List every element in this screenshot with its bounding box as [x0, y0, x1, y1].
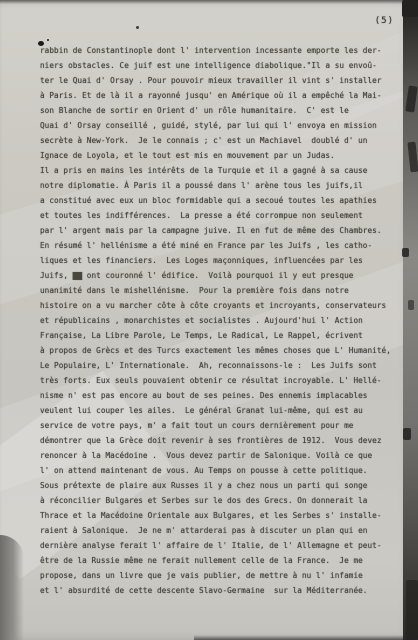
typewritten-text: rabbin de Constantinople dont l' interve…	[40, 43, 402, 598]
ink-speck	[38, 41, 44, 46]
text-line: être de la Russie même ne ferait nulleme…	[40, 553, 402, 568]
document-page: (5) rabbin de Constantinople dont l' int…	[0, 0, 418, 640]
text-line: Le Populaire, L' Internationale. Ah, rec…	[40, 358, 402, 373]
text-line: Quai d' Orsay conseillé , guidé, stylé, …	[40, 118, 402, 133]
text-line: par l' argent mais par la campagne juive…	[40, 223, 402, 238]
text-line: démontrer que la Grèce doit revenir à se…	[40, 433, 402, 448]
text-line: Française, La Libre Parole, Le Temps, Le…	[40, 328, 402, 343]
text-line: Thrace et la Macédoine Orientale aux Bul…	[40, 508, 402, 523]
text-line: renoncer à la Macédoine . Vous devez par…	[40, 448, 402, 463]
text-line: et toutes les indifférences. La presse a…	[40, 208, 402, 223]
text-line: histoire on a vu marcher côte à côte cro…	[40, 298, 402, 313]
text-line: Ignace de Loyola, et le tout est mis en …	[40, 148, 402, 163]
scan-edge-blotch	[402, 248, 409, 257]
ink-speck	[136, 26, 139, 29]
scan-edge-blotch	[403, 428, 411, 440]
text-line: l' on attend maintenant de vous. Au Temp…	[40, 463, 402, 478]
scan-edge-shadow-top	[0, 0, 404, 4]
text-line: dernière analyse ferait l' affaire de l'…	[40, 538, 402, 553]
text-line: veulent lui couper les ailes. Le général…	[40, 403, 402, 418]
scan-edge-blotch	[402, 0, 418, 17]
text-line: service de votre pays, m' a fait tout un…	[40, 418, 402, 433]
text-line: son Blanche de sortir en Orient d' un rô…	[40, 103, 402, 118]
text-line: à réconcilier Bulgares et Serbes sur le …	[40, 493, 402, 508]
scanned-document: (5) rabbin de Constantinople dont l' int…	[0, 0, 418, 640]
text-line: nisme n' est pas encore au bout de ses p…	[40, 388, 402, 403]
scan-edge-shadow-left	[0, 535, 24, 640]
text-line: niers obstacles. Ce juif est une intelli…	[40, 58, 402, 73]
text-line: très forts. Eux seuls pouvaient obtenir …	[40, 373, 402, 388]
text-line: Il a pris en mains les intérêts de la Tu…	[40, 163, 402, 178]
scan-edge-blotch	[408, 300, 414, 310]
text-line: unanimité dans le mishellénisme. Pour la…	[40, 283, 402, 298]
text-line: secrète à New-York. Je le connais ; c' e…	[40, 133, 402, 148]
text-line: à propos de Grècs et des Turcs exactemen…	[40, 343, 402, 358]
text-line: En résumé l' hellénisme a été miné en Fr…	[40, 238, 402, 253]
scan-edge-shadow-bottom	[194, 635, 404, 640]
text-line: et républicains , monarchistes et social…	[40, 313, 402, 328]
text-line: Juifs, ▇▇ ont couronné l' édifice. Voilà…	[40, 268, 402, 283]
text-line: a constitué avec eux un bloc formidable …	[40, 193, 402, 208]
scan-edge-blotch	[406, 580, 418, 640]
text-line: Sous prétexte de plaire aux Russes il y …	[40, 478, 402, 493]
text-line: et l' absurdité de cette descente Slavo-…	[40, 583, 402, 598]
page-number: (5)	[375, 16, 394, 26]
text-line: notre diplomatie. À Paris il a poussé da…	[40, 178, 402, 193]
text-line: ter le Quai d' Orsay . Pour pouvoir mieu…	[40, 73, 402, 88]
text-line: à Paris. Et de là il a rayonné jusqu' en…	[40, 88, 402, 103]
text-line: raient à Salonique. Je ne m' attarderai …	[40, 523, 402, 538]
text-line: liques et les financiers. Les Loges maço…	[40, 253, 402, 268]
ink-speck	[47, 39, 49, 41]
text-line: rabbin de Constantinople dont l' interve…	[40, 43, 402, 58]
text-line: propose, dans un livre que je vais publi…	[40, 568, 402, 583]
